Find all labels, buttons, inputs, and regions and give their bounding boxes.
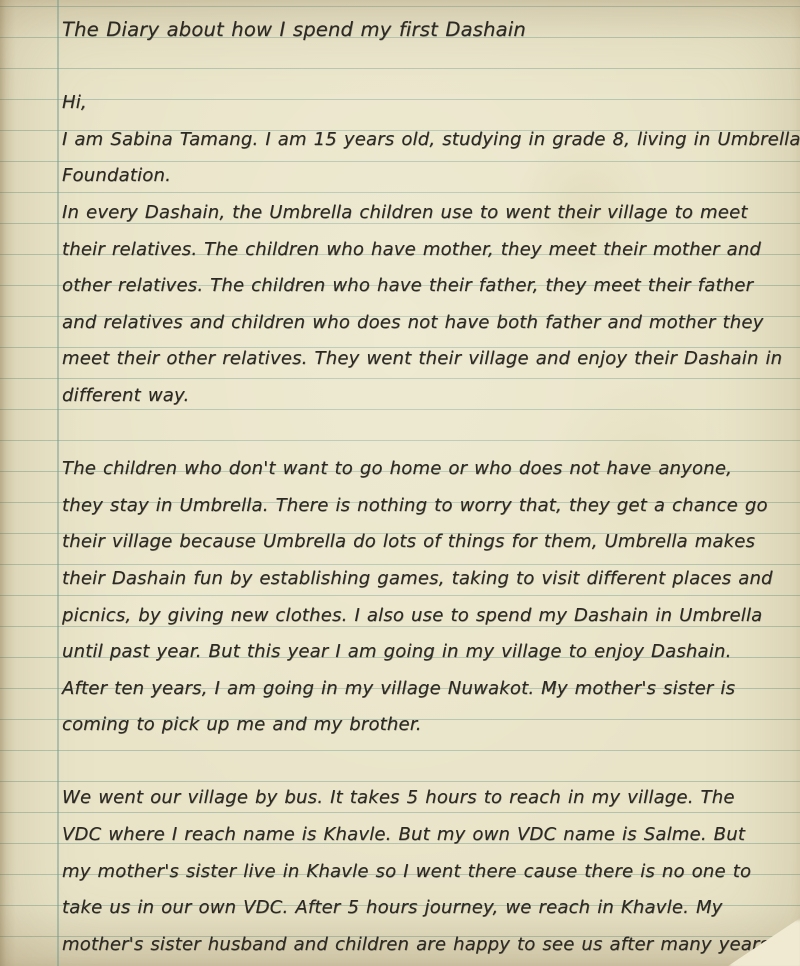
- paragraph2-line: After ten years, I am going in my villag…: [62, 671, 800, 708]
- paragraph1-line: I am Sabina Tamang. I am 15 years old, s…: [62, 122, 800, 159]
- paragraph2-line: their village because Umbrella do lots o…: [62, 524, 800, 561]
- paragraph1-line: and relatives and children who does not …: [62, 305, 800, 342]
- blank-line: [62, 415, 800, 452]
- diary-title: The Diary about how I spend my first Das…: [62, 12, 800, 49]
- paragraph2-line: coming to pick up me and my brother.: [62, 707, 800, 744]
- paragraph3-line: my mother's sister live in Khavle so I w…: [62, 854, 800, 891]
- salutation-line: Hi,: [62, 85, 800, 122]
- blank-line: [62, 49, 800, 86]
- diary-page: The Diary about how I spend my first Das…: [0, 0, 800, 966]
- paragraph2-line: picnics, by giving new clothes. I also u…: [62, 598, 800, 635]
- paragraph2-line: until past year. But this year I am goin…: [62, 634, 800, 671]
- diary-text: The Diary about how I spend my first Das…: [62, 12, 800, 963]
- paragraph1-line: different way.: [62, 378, 800, 415]
- margin-rule-line: [57, 0, 59, 966]
- paragraph1-line: meet their other relatives. They went th…: [62, 341, 800, 378]
- paragraph3-line: VDC where I reach name is Khavle. But my…: [62, 817, 800, 854]
- paragraph1-line: In every Dashain, the Umbrella children …: [62, 195, 800, 232]
- paragraph3-line: We went our village by bus. It takes 5 h…: [62, 780, 800, 817]
- paragraph2-line: their Dashain fun by establishing games,…: [62, 561, 800, 598]
- paragraph1-line: Foundation.: [62, 158, 800, 195]
- paragraph3-line: mother's sister husband and children are…: [62, 927, 800, 964]
- paragraph1-line: their relatives. The children who have m…: [62, 232, 800, 269]
- paragraph2-line: The children who don't want to go home o…: [62, 451, 800, 488]
- paragraph1-line: other relatives. The children who have t…: [62, 268, 800, 305]
- paragraph2-line: they stay in Umbrella. There is nothing …: [62, 488, 800, 525]
- blank-line: [62, 744, 800, 781]
- paragraph3-line: take us in our own VDC. After 5 hours jo…: [62, 890, 800, 927]
